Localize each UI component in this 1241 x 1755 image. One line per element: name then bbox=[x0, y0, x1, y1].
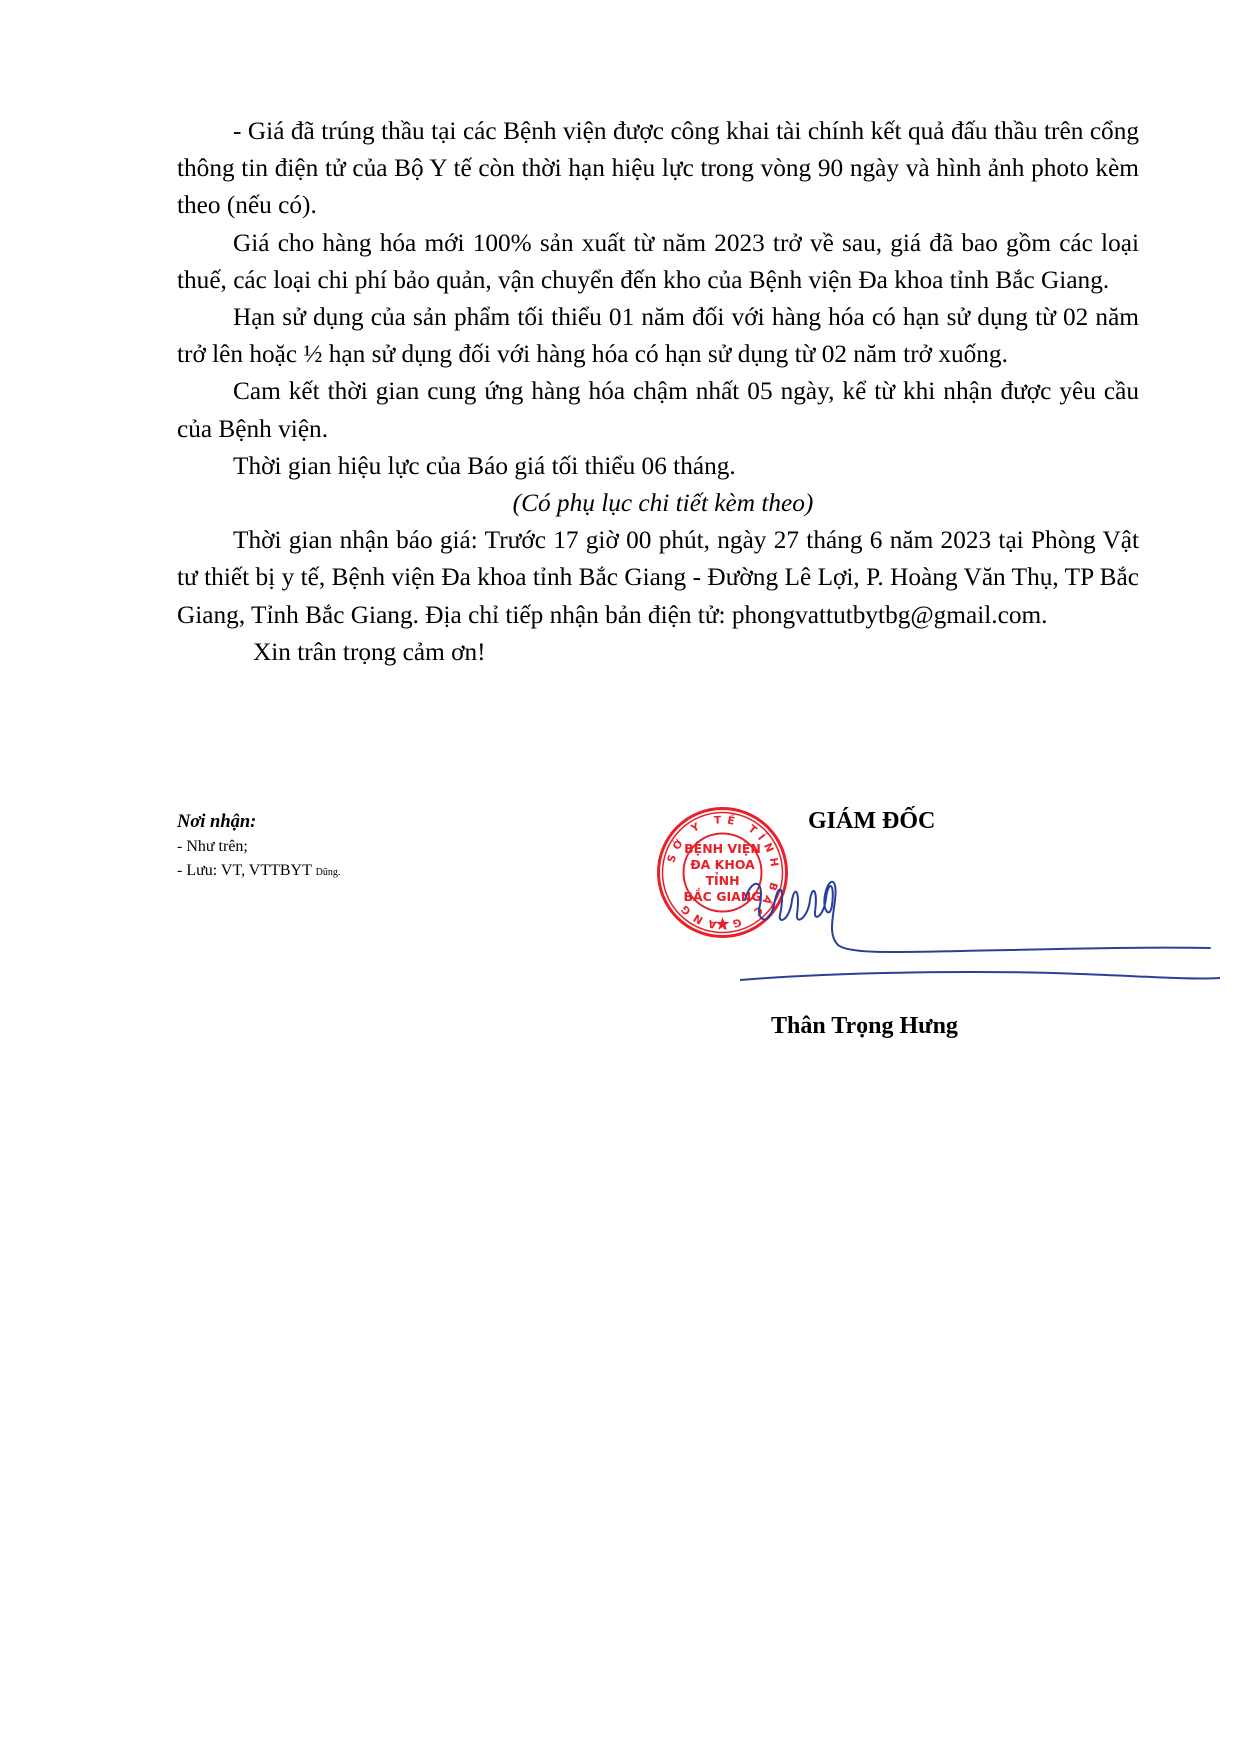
drafter-initials: Dũng. bbox=[316, 867, 341, 878]
paragraph-validity: Thời gian hiệu lực của Báo giá tối thiểu… bbox=[177, 448, 1139, 485]
paragraph-expiry: Hạn sử dụng của sản phẩm tối thiểu 01 nă… bbox=[177, 299, 1139, 373]
paragraph-deadline: Thời gian nhận báo giá: Trước 17 giờ 00 … bbox=[177, 522, 1139, 634]
recipients-block: Nơi nhận: - Như trên; - Lưu: VT, VTTBYT … bbox=[177, 810, 340, 885]
paragraph-delivery: Cam kết thời gian cung ứng hàng hóa chậm… bbox=[177, 373, 1139, 447]
paragraph-price-terms: Giá cho hàng hóa mới 100% sản xuất từ nă… bbox=[177, 225, 1139, 299]
appendix-note: (Có phụ lục chi tiết kèm theo) bbox=[177, 485, 1139, 522]
signer-name: Thân Trọng Hưng bbox=[771, 1013, 958, 1040]
recipient-archive: - Lưu: VT, VTTBYT bbox=[177, 862, 312, 879]
handwritten-signature-icon bbox=[740, 860, 1220, 1010]
svg-text:TỈNH: TỈNH bbox=[705, 872, 739, 888]
recipient-item: - Như trên; bbox=[177, 835, 340, 859]
recipients-title: Nơi nhận: bbox=[177, 810, 340, 834]
position-title: GIÁM ĐỐC bbox=[808, 808, 935, 835]
svg-text:BỆNH VIỆN: BỆNH VIỆN bbox=[684, 841, 761, 856]
closing-thanks: Xin trân trọng cảm ơn! bbox=[177, 634, 1139, 671]
letter-body: - Giá đã trúng thầu tại các Bệnh viện đư… bbox=[177, 113, 1139, 671]
paragraph-bid-price: - Giá đã trúng thầu tại các Bệnh viện đư… bbox=[177, 113, 1139, 225]
recipient-item: - Lưu: VT, VTTBYT Dũng. bbox=[177, 859, 340, 885]
